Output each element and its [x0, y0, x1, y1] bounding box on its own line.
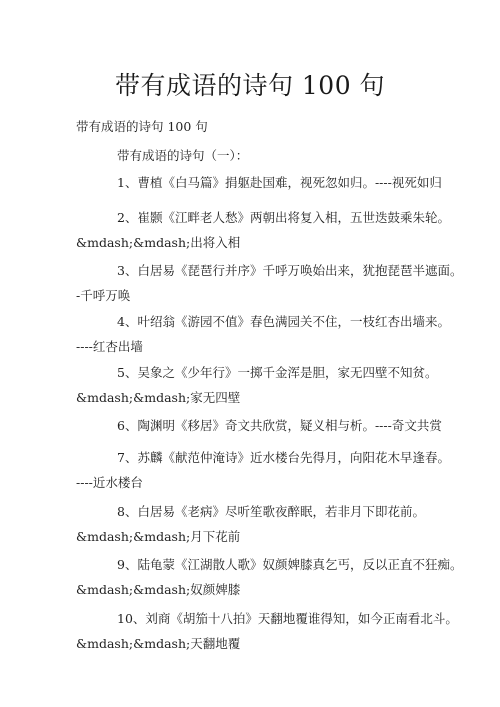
idiom-line: &mdash;&mdash;奴颜婢膝	[76, 577, 448, 602]
poem-line: 9、陆龟蒙《江湖散人歌》奴颜婢膝真乞丐，反以正直不狂痴。	[76, 552, 448, 577]
idiom-line: &mdash;&mdash;家无四壁	[76, 385, 448, 410]
section-heading: 带有成语的诗句（一）：	[117, 147, 248, 165]
poem-item-7: 7、苏麟《献范仲淹诗》近水楼台先得月，向阳花木早逢春。 ----近水楼台	[76, 445, 448, 495]
poem-line: 1、曹植《白马篇》捐躯赴国难，视死忽如归。----视死如归	[76, 170, 448, 195]
poem-line: 6、陶渊明《移居》奇文共欣赏，疑义相与析。----奇文共赏	[76, 413, 448, 438]
poem-item-2: 2、崔颢《江畔老人愁》两朝出将复入相，五世迭鼓乘朱轮。 &mdash;&mdas…	[76, 205, 448, 255]
poem-item-4: 4、叶绍翁《游园不值》春色满园关不住，一枝红杏出墙来。 ----红杏出墙	[76, 309, 448, 359]
idiom-line: ----红杏出墙	[76, 334, 448, 359]
poem-line: 7、苏麟《献范仲淹诗》近水楼台先得月，向阳花木早逢春。	[76, 445, 448, 470]
idiom-line: &mdash;&mdash;月下花前	[76, 524, 448, 549]
poem-item-6: 6、陶渊明《移居》奇文共欣赏，疑义相与析。----奇文共赏	[76, 413, 448, 438]
poem-line: 4、叶绍翁《游园不值》春色满园关不住，一枝红杏出墙来。	[76, 309, 448, 334]
document-subtitle: 带有成语的诗句 100 句	[76, 118, 208, 136]
poem-item-5: 5、吴象之《少年行》一掷千金浑是胆，家无四壁不知贫。 &mdash;&mdash…	[76, 360, 448, 410]
poem-item-9: 9、陆龟蒙《江湖散人歌》奴颜婢膝真乞丐，反以正直不狂痴。 &mdash;&mda…	[76, 552, 448, 602]
poem-line: 10、刘商《胡笳十八拍》天翻地覆谁得知，如今正南看北斗。	[76, 606, 448, 631]
idiom-line: &mdash;&mdash;出将入相	[76, 230, 448, 255]
idiom-line: ----近水楼台	[76, 470, 448, 495]
poem-item-3: 3、白居易《琵琶行并序》千呼万唤始出来，犹抱琵琶半遮面。 -千呼万唤	[76, 258, 448, 308]
poem-line: 3、白居易《琵琶行并序》千呼万唤始出来，犹抱琵琶半遮面。	[76, 258, 448, 283]
idiom-line: -千呼万唤	[76, 283, 448, 308]
poem-item-10: 10、刘商《胡笳十八拍》天翻地覆谁得知，如今正南看北斗。 &mdash;&mda…	[76, 606, 448, 656]
poem-line: 8、白居易《老病》尽听笙歌夜醉眠，若非月下即花前。	[76, 499, 448, 524]
poem-line: 2、崔颢《江畔老人愁》两朝出将复入相，五世迭鼓乘朱轮。	[76, 205, 448, 230]
document-title: 带有成语的诗句 100 句	[0, 70, 500, 102]
poem-line: 5、吴象之《少年行》一掷千金浑是胆，家无四壁不知贫。	[76, 360, 448, 385]
poem-item-1: 1、曹植《白马篇》捐躯赴国难，视死忽如归。----视死如归	[76, 170, 448, 195]
document-page: 带有成语的诗句 100 句 带有成语的诗句 100 句 带有成语的诗句（一）： …	[0, 0, 500, 707]
poem-item-8: 8、白居易《老病》尽听笙歌夜醉眠，若非月下即花前。 &mdash;&mdash;…	[76, 499, 448, 549]
idiom-line: &mdash;&mdash;天翻地覆	[76, 631, 448, 656]
